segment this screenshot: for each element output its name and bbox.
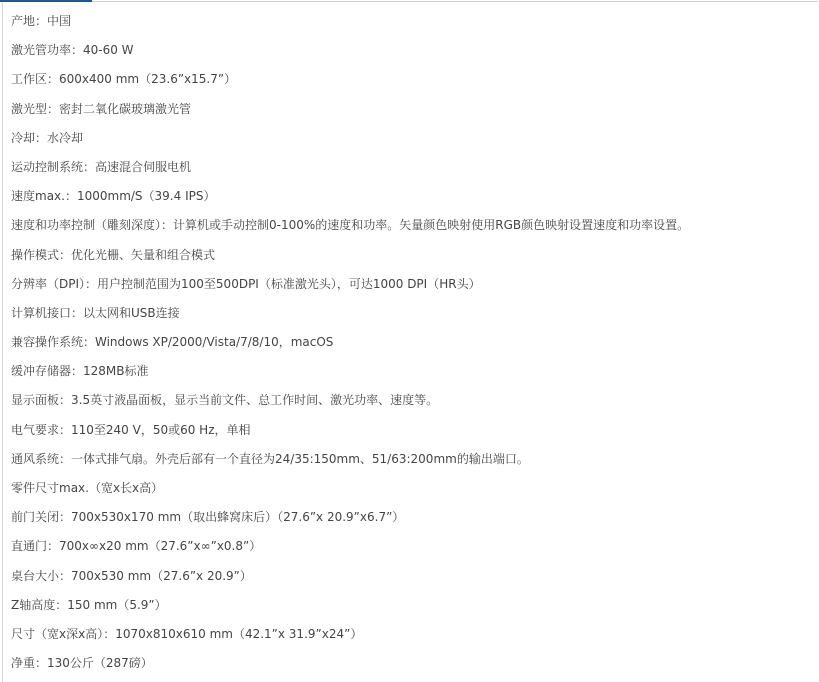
spec-resolution: 分辨率（DPI）：用户控制范围为100至500DPI（标准激光头），可达1000… — [11, 276, 689, 305]
spec-net-weight: 净重：130公斤（287磅） — [11, 655, 689, 682]
spec-computer-interface: 计算机接口：以太网和USB连接 — [11, 305, 689, 334]
spec-display-panel: 显示面板：3.5英寸液晶面板，显示当前文件、总工作时间、激光功率、速度等。 — [11, 392, 689, 421]
spec-list: 产地：中国 激光管功率：40-60 W 工作区：600x400 mm（23.6”… — [11, 13, 689, 682]
spec-motion-control: 运动控制系统：高速混合伺服电机 — [11, 159, 689, 188]
spec-pass-through: 直通门：700x∞x20 mm（27.6”x∞”x0.8”） — [11, 538, 689, 567]
spec-cooling: 冷却：水冷却 — [11, 130, 689, 159]
spec-origin: 产地：中国 — [11, 13, 689, 42]
spec-work-area: 工作区：600x400 mm（23.6”x15.7”） — [11, 71, 689, 100]
spec-compatible-os: 兼容操作系统：Windows XP/2000/Vista/7/8/10，macO… — [11, 334, 689, 363]
spec-dimensions: 尺寸（宽x深x高）：1070x810x610 mm（42.1”x 31.9”x2… — [11, 626, 689, 655]
spec-speed-power-control: 速度和功率控制（雕刻深度）：计算机或手动控制0-100%的速度和功率。矢量颜色映… — [11, 217, 689, 246]
spec-front-door-closed: 前门关闭：700x530x170 mm（取出蜂窝床后）（27.6”x 20.9”… — [11, 509, 689, 538]
spec-laser-type: 激光型：密封二氧化碳玻璃激光管 — [11, 101, 689, 130]
spec-z-height: Z轴高度：150 mm（5.9”） — [11, 597, 689, 626]
spec-ventilation: 通风系统：一体式排气扇。外壳后部有一个直径为24/35:150mm、51/63:… — [11, 451, 689, 480]
spec-table-size: 桌台大小：700x530 mm（27.6”x 20.9”） — [11, 568, 689, 597]
spec-operation-modes: 操作模式：优化光栅、矢量和组合模式 — [11, 247, 689, 276]
spec-max-part-size: 零件尺寸max.（宽x长x高） — [11, 480, 689, 509]
spec-panel: 产地：中国 激光管功率：40-60 W 工作区：600x400 mm（23.6”… — [2, 2, 819, 682]
spec-buffer-memory: 缓冲存储器：128MB标准 — [11, 363, 689, 392]
spec-laser-power: 激光管功率：40-60 W — [11, 42, 689, 71]
spec-electrical: 电气要求：110至240 V，50或60 Hz，单相 — [11, 422, 689, 451]
spec-max-speed: 速度max.：1000mm/S（39.4 IPS） — [11, 188, 689, 217]
